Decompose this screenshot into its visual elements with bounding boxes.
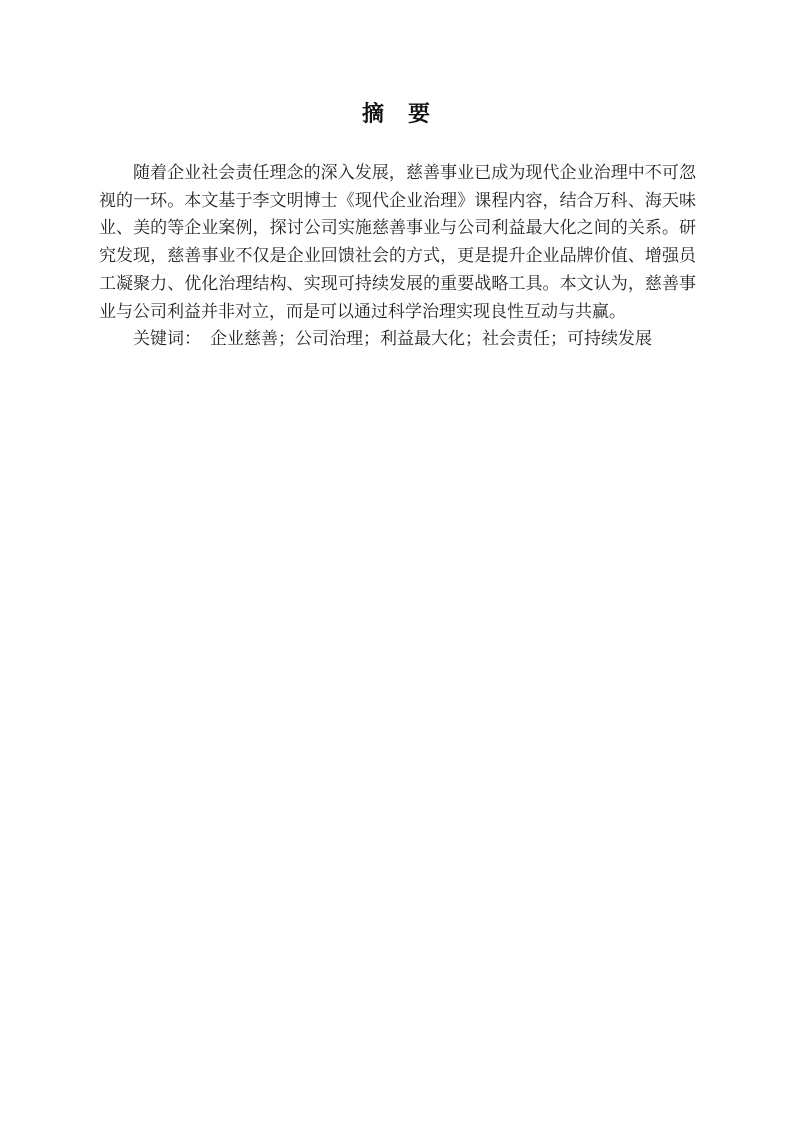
keywords-text: 企业慈善；公司治理；利益最大化；社会责任；可持续发展 <box>210 329 652 348</box>
abstract-paragraph-line-6: 业与公司利益并非对立，而是可以通过科学治理实现良性互动与共赢。 <box>99 298 696 326</box>
document-page: 摘 要 随着企业社会责任理念的深入发展，慈善事业已成为现代企业治理中不可忽 视的… <box>0 0 793 1122</box>
abstract-paragraph-line-1: 随着企业社会责任理念的深入发展，慈善事业已成为现代企业治理中不可忽 <box>99 159 696 187</box>
abstract-paragraph-line-3: 业、美的等企业案例，探讨公司实施慈善事业与公司利益最大化之间的关系。研 <box>99 214 696 242</box>
abstract-title: 摘 要 <box>0 103 793 127</box>
abstract-body: 随着企业社会责任理念的深入发展，慈善事业已成为现代企业治理中不可忽 视的一环。本… <box>99 159 696 353</box>
keywords-line: 关键词：企业慈善；公司治理；利益最大化；社会责任；可持续发展 <box>99 325 696 353</box>
keywords-label: 关键词： <box>133 329 201 348</box>
abstract-paragraph-line-5: 工凝聚力、优化治理结构、实现可持续发展的重要战略工具。本文认为，慈善事 <box>99 270 696 298</box>
abstract-paragraph-line-2: 视的一环。本文基于李文明博士《现代企业治理》课程内容，结合万科、海天味 <box>99 187 696 215</box>
abstract-paragraph-line-4: 究发现，慈善事业不仅是企业回馈社会的方式，更是提升企业品牌价值、增强员 <box>99 242 696 270</box>
